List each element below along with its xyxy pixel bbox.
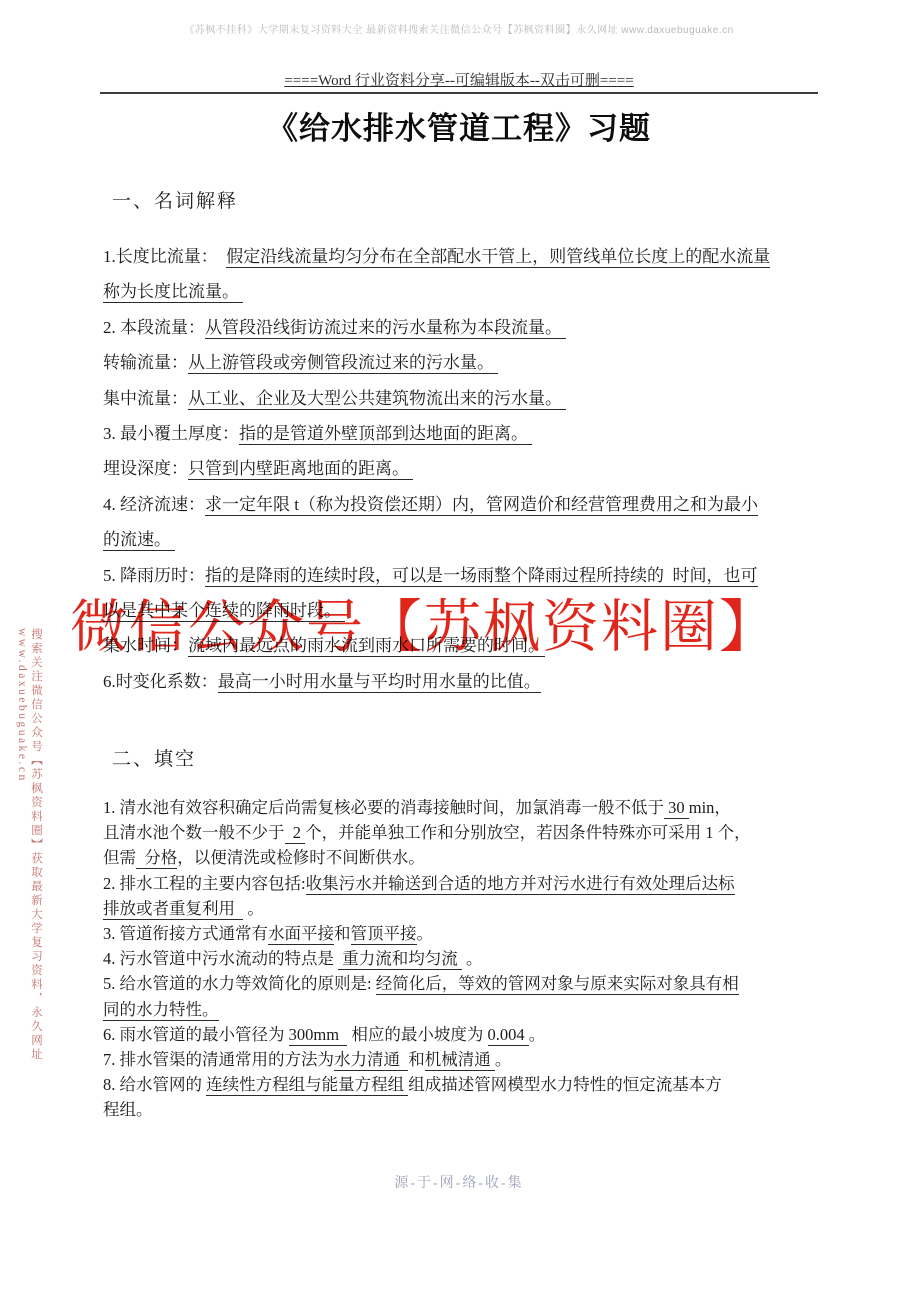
text-line: 6. 雨水管道的最小管径为 300mm 相应的最小坡度为 0.004 。 bbox=[103, 1021, 829, 1046]
text-segment: 3. 管道衔接方式通常有 bbox=[103, 924, 268, 943]
text-segment: ，以便清洗或检修时不间断供水。 bbox=[177, 848, 425, 867]
text-line: 5. 降雨历时：指的是降雨的连续时段，可以是一场雨整个降雨过程所持续的 时间，也… bbox=[103, 561, 829, 596]
text-segment: 2. 排水工程的主要内容包括: bbox=[103, 874, 306, 893]
word-share-header-text: ====Word 行业资料分享--可编辑版本--双击可删==== bbox=[284, 73, 633, 89]
answer-underlined-text: 连续性方程组与能量方程组 bbox=[206, 1075, 408, 1096]
answer-underlined-text: 只管到内壁距离地面的距离。 bbox=[188, 459, 413, 480]
answer-underlined-text: 30 bbox=[664, 798, 689, 819]
text-line: 称为长度比流量。 bbox=[103, 277, 829, 312]
text-segment: 相应的最小坡度为 bbox=[347, 1025, 487, 1044]
text-segment: 但需 bbox=[103, 848, 136, 867]
text-segment: 4. 经济流速： bbox=[103, 495, 205, 514]
section-body-fill-blanks: 1. 清水池有效容积确定后尚需复核必要的消毒接触时间，加氯消毒一般不低于 30 … bbox=[103, 794, 829, 1121]
text-segment: 1. 清水池有效容积确定后尚需复核必要的消毒接触时间，加氯消毒一般不低于 bbox=[103, 798, 664, 817]
document-page: 《苏枫不挂科》大学期末复习资料大全 最新资料搜索关注微信公众号【苏枫资料圈】永久… bbox=[0, 0, 918, 1298]
text-segment: 和 bbox=[334, 924, 351, 943]
answer-underlined-text: 的流速。 bbox=[103, 530, 175, 551]
text-segment: 个，并能单独工作和分别放空，若因条件特殊亦可采用 1 个， bbox=[305, 823, 751, 842]
answer-underlined-text: 水力清通 bbox=[334, 1050, 408, 1071]
text-segment: 3. 最小覆土厚度： bbox=[103, 424, 239, 443]
answer-underlined-text: 指的是降雨的连续时段，可以是一场雨整个降雨过程所持续的 时间，也可 bbox=[205, 566, 758, 587]
text-segment: 组成描述管网模型水力特性的恒定流基本方 bbox=[408, 1075, 722, 1094]
answer-underlined-text: 称为长度比流量。 bbox=[103, 282, 243, 303]
text-segment: 4. 污水管道中污水流动的特点是 bbox=[103, 949, 338, 968]
text-line: 转输流量：从上游管段或旁侧管段流过来的污水量。 bbox=[103, 348, 829, 383]
text-segment: 6.时变化系数： bbox=[103, 672, 218, 691]
text-segment: 5. 给水管道的水力等效简化的原则是: bbox=[103, 974, 376, 993]
text-segment: 。 bbox=[462, 949, 483, 968]
footer-source-note: 源-于-网-络-收-集 bbox=[0, 1172, 918, 1192]
text-segment: min， bbox=[689, 798, 731, 817]
answer-underlined-text: 指的是管道外壁顶部到达地面的距离。 bbox=[239, 424, 532, 445]
text-segment: 且清水池个数一般不少于 bbox=[103, 823, 285, 842]
answer-underlined-text: 最高一小时用水量与平均时用水量的比值。 bbox=[218, 672, 541, 693]
text-line: 集中流量：从工业、企业及大型公共建筑物流出来的污水量。 bbox=[103, 384, 829, 419]
text-segment: 5. 降雨历时： bbox=[103, 566, 205, 585]
answer-underlined-text: 排放或者重复利用 bbox=[103, 899, 243, 920]
section-heading-definitions: 一、名词解释 bbox=[112, 186, 238, 213]
text-line: 2. 本段流量：从管段沿线街访流过来的污水量称为本段流量。 bbox=[103, 313, 829, 348]
text-line: 6.时变化系数：最高一小时用水量与平均时用水量的比值。 bbox=[103, 667, 829, 702]
text-segment: 。 bbox=[495, 1050, 512, 1069]
answer-underlined-text: 分格 bbox=[136, 848, 177, 869]
document-title: 《给水排水管道工程》习题 bbox=[0, 103, 918, 148]
answer-underlined-text: 同的水力特性。 bbox=[103, 1000, 219, 1021]
section-heading-fill-blanks: 二、填空 bbox=[112, 744, 196, 771]
text-segment: 和 bbox=[408, 1050, 425, 1069]
text-line: 8. 给水管网的 连续性方程组与能量方程组 组成描述管网模型水力特性的恒定流基本… bbox=[103, 1071, 829, 1096]
text-segment: 7. 排水管渠的清通常用的方法为 bbox=[103, 1050, 334, 1069]
text-line: 的流速。 bbox=[103, 525, 829, 560]
answer-underlined-text: 求一定年限 t（称为投资偿还期）内，管网造价和经营管理费用之和为最小 bbox=[205, 495, 758, 516]
text-line: 4. 污水管道中污水流动的特点是 重力流和均匀流 。 bbox=[103, 945, 829, 970]
answer-underlined-text: 从工业、企业及大型公共建筑物流出来的污水量。 bbox=[188, 389, 566, 410]
text-line: 5. 给水管道的水力等效简化的原则是: 经简化后，等效的管网对象与原来实际对象具… bbox=[103, 970, 829, 995]
header-divider-line bbox=[100, 92, 818, 94]
answer-underlined-text: 管顶平接 bbox=[351, 924, 417, 945]
top-promo-note: 《苏枫不挂科》大学期末复习资料大全 最新资料搜索关注微信公众号【苏枫资料圈】永久… bbox=[0, 21, 918, 36]
text-line: 同的水力特性。 bbox=[103, 996, 829, 1021]
text-line: 但需 分格，以便清洗或检修时不间断供水。 bbox=[103, 844, 829, 869]
left-vertical-promo-note: 搜索关注微信公众号【苏枫资料圈】获取最新大学复习资料，永久网址 www.daxu… bbox=[16, 628, 44, 1118]
text-line: 3. 最小覆土厚度：指的是管道外壁顶部到达地面的距离。 bbox=[103, 419, 829, 454]
text-segment: 集中流量： bbox=[103, 389, 188, 408]
answer-underlined-text: 2 bbox=[285, 823, 306, 844]
text-segment: 2. 本段流量： bbox=[103, 318, 205, 337]
answer-underlined-text: 经简化后，等效的管网对象与原来实际对象具有相 bbox=[376, 974, 739, 995]
answer-underlined-text: 重力流和均匀流 bbox=[338, 949, 462, 970]
answer-underlined-text: 300mm bbox=[289, 1025, 348, 1046]
answer-underlined-text: 假定沿线流量均匀分布在全部配水干管上，则管线单位长度上的配水流量 bbox=[226, 247, 770, 268]
text-segment: 。 bbox=[529, 1025, 546, 1044]
text-segment: 转输流量： bbox=[103, 353, 188, 372]
text-line: 1.长度比流量： 假定沿线流量均匀分布在全部配水干管上，则管线单位长度上的配水流… bbox=[103, 242, 829, 277]
text-line: 排放或者重复利用 。 bbox=[103, 895, 829, 920]
text-line: 2. 排水工程的主要内容包括:收集污水并输送到合适的地方并对污水进行有效处理后达… bbox=[103, 870, 829, 895]
answer-underlined-text: 从管段沿线街访流过来的污水量称为本段流量。 bbox=[205, 318, 566, 339]
text-segment: 8. 给水管网的 bbox=[103, 1075, 206, 1094]
text-line: 埋设深度：只管到内壁距离地面的距离。 bbox=[103, 454, 829, 489]
text-line: 且清水池个数一般不少于 2 个，并能单独工作和分别放空，若因条件特殊亦可采用 1… bbox=[103, 819, 829, 844]
text-segment: 埋设深度： bbox=[103, 459, 188, 478]
text-segment: 6. 雨水管道的最小管径为 bbox=[103, 1025, 289, 1044]
text-line: 程组。 bbox=[103, 1096, 829, 1121]
text-segment: 程组。 bbox=[103, 1100, 153, 1119]
answer-underlined-text: 机械清通 bbox=[425, 1050, 495, 1071]
answer-underlined-text: 从上游管段或旁侧管段流过来的污水量。 bbox=[188, 353, 498, 374]
text-line: 4. 经济流速：求一定年限 t（称为投资偿还期）内，管网造价和经营管理费用之和为… bbox=[103, 490, 829, 525]
text-segment: 。 bbox=[417, 924, 434, 943]
text-segment: 。 bbox=[243, 899, 264, 918]
red-wechat-watermark: 微信公众号【苏枫资料圈】 bbox=[70, 597, 778, 660]
text-line: 7. 排水管渠的清通常用的方法为水力清通 和机械清通 。 bbox=[103, 1046, 829, 1071]
answer-underlined-text: 收集污水并输送到合适的地方并对污水进行有效处理后达标 bbox=[306, 874, 735, 895]
text-segment: 1.长度比流量： bbox=[103, 247, 226, 266]
answer-underlined-text: 0.004 bbox=[488, 1025, 529, 1046]
word-share-header: ====Word 行业资料分享--可编辑版本--双击可删==== bbox=[0, 69, 918, 90]
text-line: 1. 清水池有效容积确定后尚需复核必要的消毒接触时间，加氯消毒一般不低于 30 … bbox=[103, 794, 829, 819]
answer-underlined-text: 水面平接 bbox=[268, 924, 334, 945]
text-line: 3. 管道衔接方式通常有水面平接和管顶平接。 bbox=[103, 920, 829, 945]
